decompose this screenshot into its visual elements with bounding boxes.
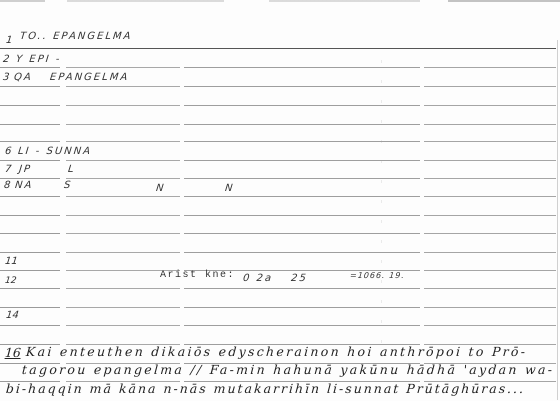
paragraph-line-3: bi-haqqin mā kāna n-nās mutakarrihīn li-… <box>5 381 525 396</box>
field-3: =1066. 19. <box>350 271 406 280</box>
line-text: TO.. EPANGELMA <box>19 31 133 42</box>
paragraph-line-2: tagorou epangelma // Fa-min hahunā yakūn… <box>21 362 554 377</box>
line-number: 8 <box>3 180 13 191</box>
ruled-line <box>0 160 556 161</box>
line-number: 6 <box>4 146 14 157</box>
ruled-line <box>0 67 556 68</box>
ruled-line <box>0 124 556 125</box>
ruled-line <box>0 325 556 326</box>
line-number: 2 <box>2 54 12 65</box>
scan-top-edge <box>0 0 560 2</box>
line-text: Y EPI - <box>15 54 62 65</box>
ruled-line <box>0 141 556 142</box>
ruled-line <box>0 233 556 234</box>
line-number: 7 <box>4 164 14 175</box>
ruled-line <box>0 178 556 179</box>
line-text: QA EPANGELMA <box>13 72 129 83</box>
paragraph-line-1: Kai enteuthen dikaiōs edyscherainon hoi … <box>25 344 527 359</box>
line-text: NA <box>14 180 33 191</box>
ruled-line <box>0 307 556 308</box>
ruled-line <box>0 252 556 253</box>
ruled-line <box>0 215 556 216</box>
line-col4: N <box>224 183 235 194</box>
line-col3: N <box>155 183 166 194</box>
typed-label: Arist kne: <box>160 270 235 281</box>
ruled-line <box>0 105 556 106</box>
ruled-line <box>0 196 556 197</box>
line-number: 11 <box>4 256 18 267</box>
ruled-line <box>0 48 556 49</box>
line-col2: S <box>63 180 73 191</box>
document-page: 1 TO.. EPANGELMA 2 Y EPI - 3 QA EPANGELM… <box>0 0 560 401</box>
ruled-line <box>0 270 556 271</box>
ruled-line <box>0 86 556 87</box>
line-number: 12 <box>4 276 17 286</box>
line-number: 1 <box>5 35 15 46</box>
line-text: JP <box>18 164 32 175</box>
field-2: 25 <box>290 273 308 284</box>
line-number: 14 <box>5 310 19 321</box>
field-1: 0 2a <box>242 273 273 284</box>
line-number: 3 <box>2 72 12 83</box>
ruled-line <box>0 288 556 289</box>
page-right-edge <box>557 40 558 400</box>
line-col2: L <box>67 164 76 175</box>
paragraph-number: 16 <box>4 345 21 360</box>
line-text: LI - SUNNA <box>17 146 92 157</box>
